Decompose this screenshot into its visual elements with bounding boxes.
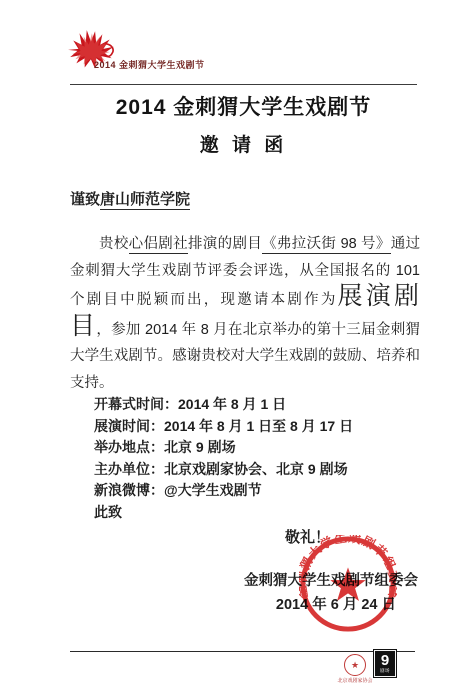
detail-venue: 举办地点：北京 9 剧场 xyxy=(94,437,353,459)
salutation-line: 谨致唐山师范学院 xyxy=(70,188,190,209)
drama-association-caption: 北京戏剧家协会 xyxy=(332,677,378,684)
detail-weibo: 新浪微博：@大学生戏剧节 xyxy=(94,480,353,502)
play-title: 《弗拉沃街 98 号》 xyxy=(262,236,391,254)
detail-organizers: 主办单位：北京戏剧家协会、北京 9 剧场 xyxy=(94,459,353,481)
para-seg7: ，参加 2014 年 8 月在北京举办的第十三届金刺猬大学生戏剧节。感谢贵校对大… xyxy=(70,322,420,391)
closing-cizhi: 此致 xyxy=(94,502,353,524)
assoc-star-icon: ★ xyxy=(351,661,359,670)
festival-logo-text: 2014 金刺猬大学生戏剧节 xyxy=(94,58,205,71)
nine-theatre-caption: 剧场 xyxy=(380,668,390,674)
official-seal-stamp-icon: 金刺猬大学生戏剧节组委会 xyxy=(299,535,397,633)
nine-theatre-digit: 9 xyxy=(381,653,389,668)
document-title: 2014 金刺猬大学生戏剧节 xyxy=(70,91,417,121)
salutation-prefix: 谨致 xyxy=(70,191,100,208)
detail-opening-time: 开幕式时间：2014 年 8 月 1 日 xyxy=(94,394,353,416)
troupe-name: 心侣剧社 xyxy=(129,236,188,254)
event-details-list: 开幕式时间：2014 年 8 月 1 日 展演时间：2014 年 8 月 1 日… xyxy=(94,394,353,524)
invitation-letter-page: 2014 金刺猬大学生戏剧节 2014 金刺猬大学生戏剧节 邀 请 函 谨致唐山… xyxy=(0,0,452,699)
detail-show-period: 展演时间：2014 年 8 月 1 日至 8 月 17 日 xyxy=(94,416,353,438)
stamp-star-icon xyxy=(330,567,365,601)
body-paragraph: 贵校心侣剧社排演的剧目《弗拉沃街 98 号》通过金刺猬大学生戏剧节评委会评选，从… xyxy=(70,231,420,396)
para-seg3: 排演的剧目 xyxy=(188,236,262,252)
footer-divider-line xyxy=(70,651,415,652)
drama-association-logo-icon: ★ xyxy=(344,654,366,676)
document-subtitle: 邀 请 函 xyxy=(70,130,417,157)
header-divider-line xyxy=(70,84,417,85)
para-seg1: 贵校 xyxy=(99,236,129,252)
nine-theatre-logo-icon: 9 剧场 xyxy=(374,650,396,677)
recipient-name: 唐山师范学院 xyxy=(100,191,190,210)
